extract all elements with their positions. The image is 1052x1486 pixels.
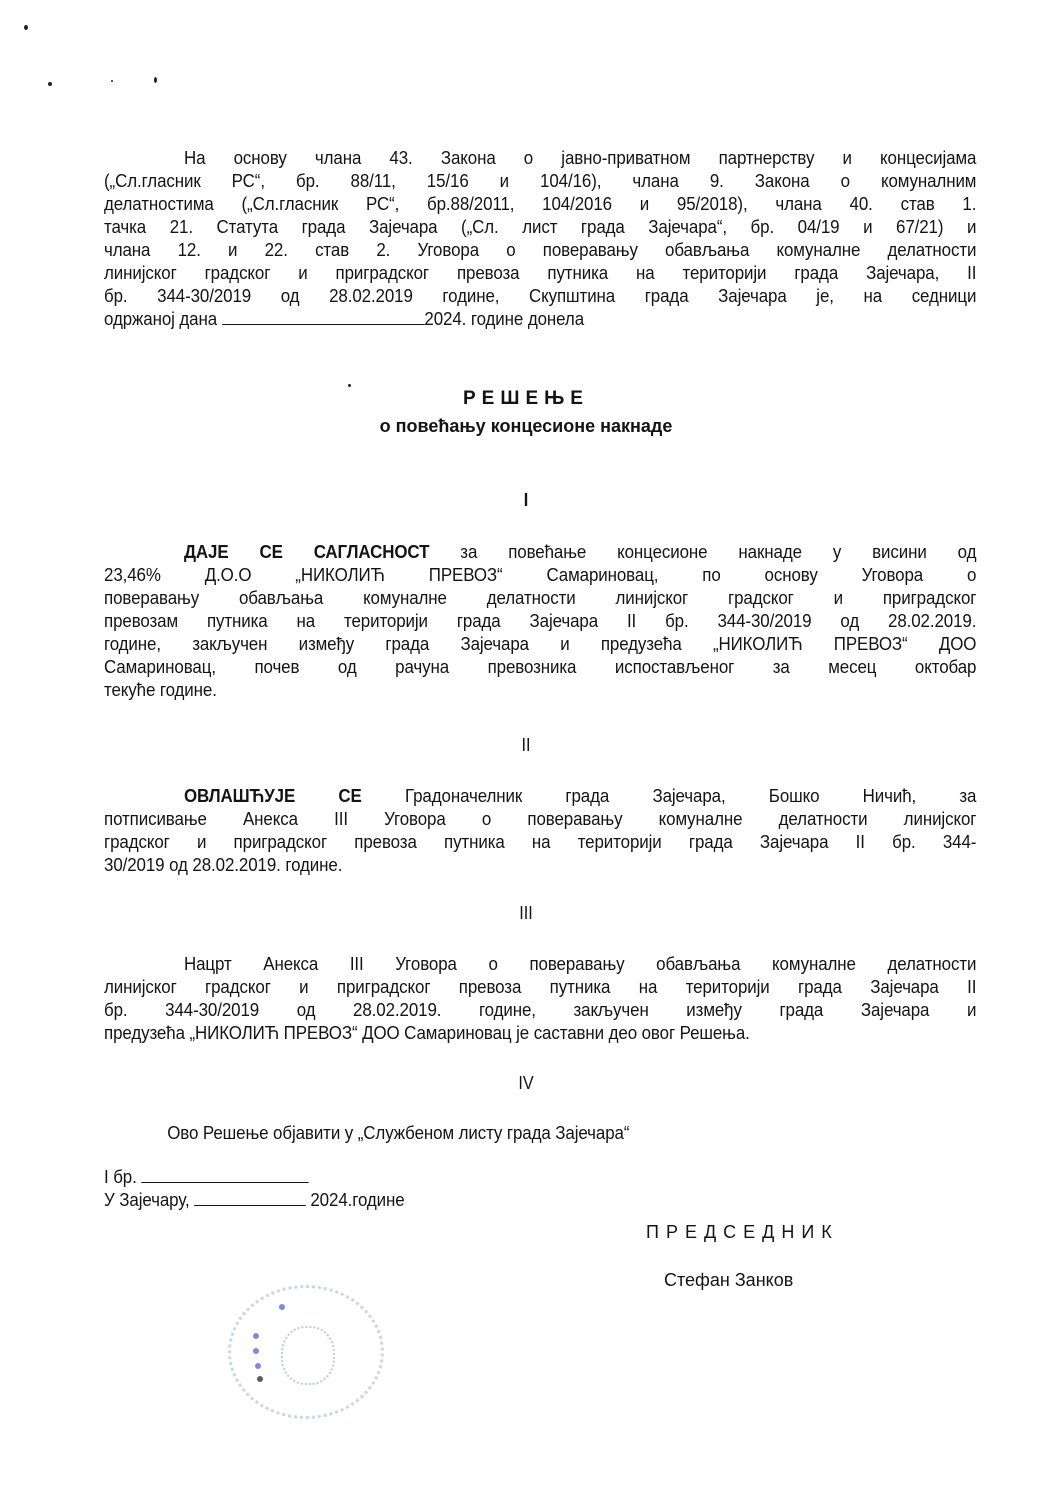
section-1-lead: ДАЈЕ СЕ САГЛАСНОСТ xyxy=(184,542,429,562)
preamble-paragraph: На основу члана 43. Закона о јавно-прива… xyxy=(104,147,976,331)
preamble-line: бр. 344-30/2019 од 28.02.2019 године, Ск… xyxy=(104,285,976,308)
section-line: 30/2019 од 28.02.2019. године. xyxy=(104,854,976,877)
preamble-line: члана 12. и 22. став 2. Уговора о повера… xyxy=(104,239,976,262)
section-line: градског и приградског превоза путника н… xyxy=(104,831,976,854)
scan-speck xyxy=(154,77,157,83)
stamp-dot xyxy=(279,1304,285,1310)
section-line: Ово Решење објавити у „Службеном листу г… xyxy=(104,1122,976,1145)
section-line: поверавању обављања комуналне делатности… xyxy=(104,587,976,610)
preamble-last-line: одржаној дана 2024. године донела xyxy=(104,308,976,331)
number-label: I бр. xyxy=(104,1167,137,1187)
section-3-paragraph: Нацрт Анекса III Уговора о поверавању об… xyxy=(104,953,976,1045)
section-line: предузећа „НИКОЛИЋ ПРЕВОЗ“ ДОО Самаринов… xyxy=(104,1022,976,1045)
section-line: године, закључен између града Зајечара и… xyxy=(104,633,976,656)
section-line: Нацрт Анекса III Уговора о поверавању об… xyxy=(104,953,976,976)
section-line: 23,46% Д.О.О „НИКОЛИЋ ПРЕВОЗ“ Самаринова… xyxy=(104,564,976,587)
section-2-paragraph: ОВЛАШЋУЈЕ СЕ Градоначелник града Зајечар… xyxy=(104,785,976,877)
stamp-dot xyxy=(257,1376,263,1382)
session-date-label: одржаној дана xyxy=(104,309,217,329)
section-line: превозам путника на територији града Зај… xyxy=(104,610,976,633)
scan-speck xyxy=(348,384,351,387)
section-1-paragraph: ДАЈЕ СЕ САГЛАСНОСТ за повећање концесион… xyxy=(104,541,976,702)
stamp-dot xyxy=(253,1348,259,1354)
scan-speck xyxy=(111,80,113,82)
document-title: РЕШЕЊЕ xyxy=(0,388,1052,410)
stamp-dot xyxy=(253,1333,259,1339)
signature-name: Стефан Занков xyxy=(664,1270,793,1291)
year-text: 2024.године xyxy=(310,1190,404,1210)
preamble-line: линијског градског и приградског превоза… xyxy=(104,262,976,285)
date-blank[interactable] xyxy=(194,1189,306,1206)
section-line: потписивање Анекса III Уговора о поверав… xyxy=(104,808,976,831)
preamble-line: („Сл.гласник РС“, бр. 88/11, 15/16 и 104… xyxy=(104,170,976,193)
section-numeral-1: I xyxy=(53,490,1000,511)
section-numeral-3: III xyxy=(53,903,1000,924)
section-4-paragraph: Ово Решење објавити у „Службеном листу г… xyxy=(104,1122,976,1145)
number-line: I бр. xyxy=(104,1166,976,1189)
section-numeral-2: II xyxy=(53,735,1000,756)
session-year-text: 2024. године донела xyxy=(424,309,584,329)
stamp-emblem-icon xyxy=(281,1326,335,1385)
section-line: текуће године. xyxy=(104,679,976,702)
official-stamp-icon xyxy=(228,1285,384,1419)
section-line: бр. 344-30/2019 од 28.02.2019. године, з… xyxy=(104,999,976,1022)
section-line: линијског градског и приградског превоза… xyxy=(104,976,976,999)
stamp-dot xyxy=(255,1363,261,1369)
scan-speck xyxy=(24,25,28,30)
document-subtitle: о повећању концесионе накнаде xyxy=(0,416,1052,437)
section-line: ОВЛАШЋУЈЕ СЕ Градоначелник града Зајечар… xyxy=(104,785,976,808)
place-label: У Зајечару, xyxy=(104,1190,190,1210)
place-date-line: У Зајечару, 2024.године xyxy=(104,1189,976,1212)
number-blank[interactable] xyxy=(141,1166,308,1183)
scan-speck xyxy=(48,82,52,86)
section-2-lead: ОВЛАШЋУЈЕ СЕ xyxy=(184,786,362,806)
footer-block: I бр. У Зајечару, 2024.године xyxy=(104,1166,976,1212)
preamble-line: На основу члана 43. Закона о јавно-прива… xyxy=(104,147,976,170)
signature-title: ПРЕДСЕДНИК xyxy=(646,1222,839,1243)
section-line: ДАЈЕ СЕ САГЛАСНОСТ за повећање концесион… xyxy=(104,541,976,564)
preamble-line: тачка 21. Статута града Зајечара („Сл. л… xyxy=(104,216,976,239)
preamble-line: делатностима („Сл.гласник РС“, бр.88/201… xyxy=(104,193,976,216)
session-date-blank[interactable] xyxy=(222,308,425,325)
section-line: Самариновац, почев од рачуна превозника … xyxy=(104,656,976,679)
section-numeral-4: IV xyxy=(53,1073,1000,1094)
